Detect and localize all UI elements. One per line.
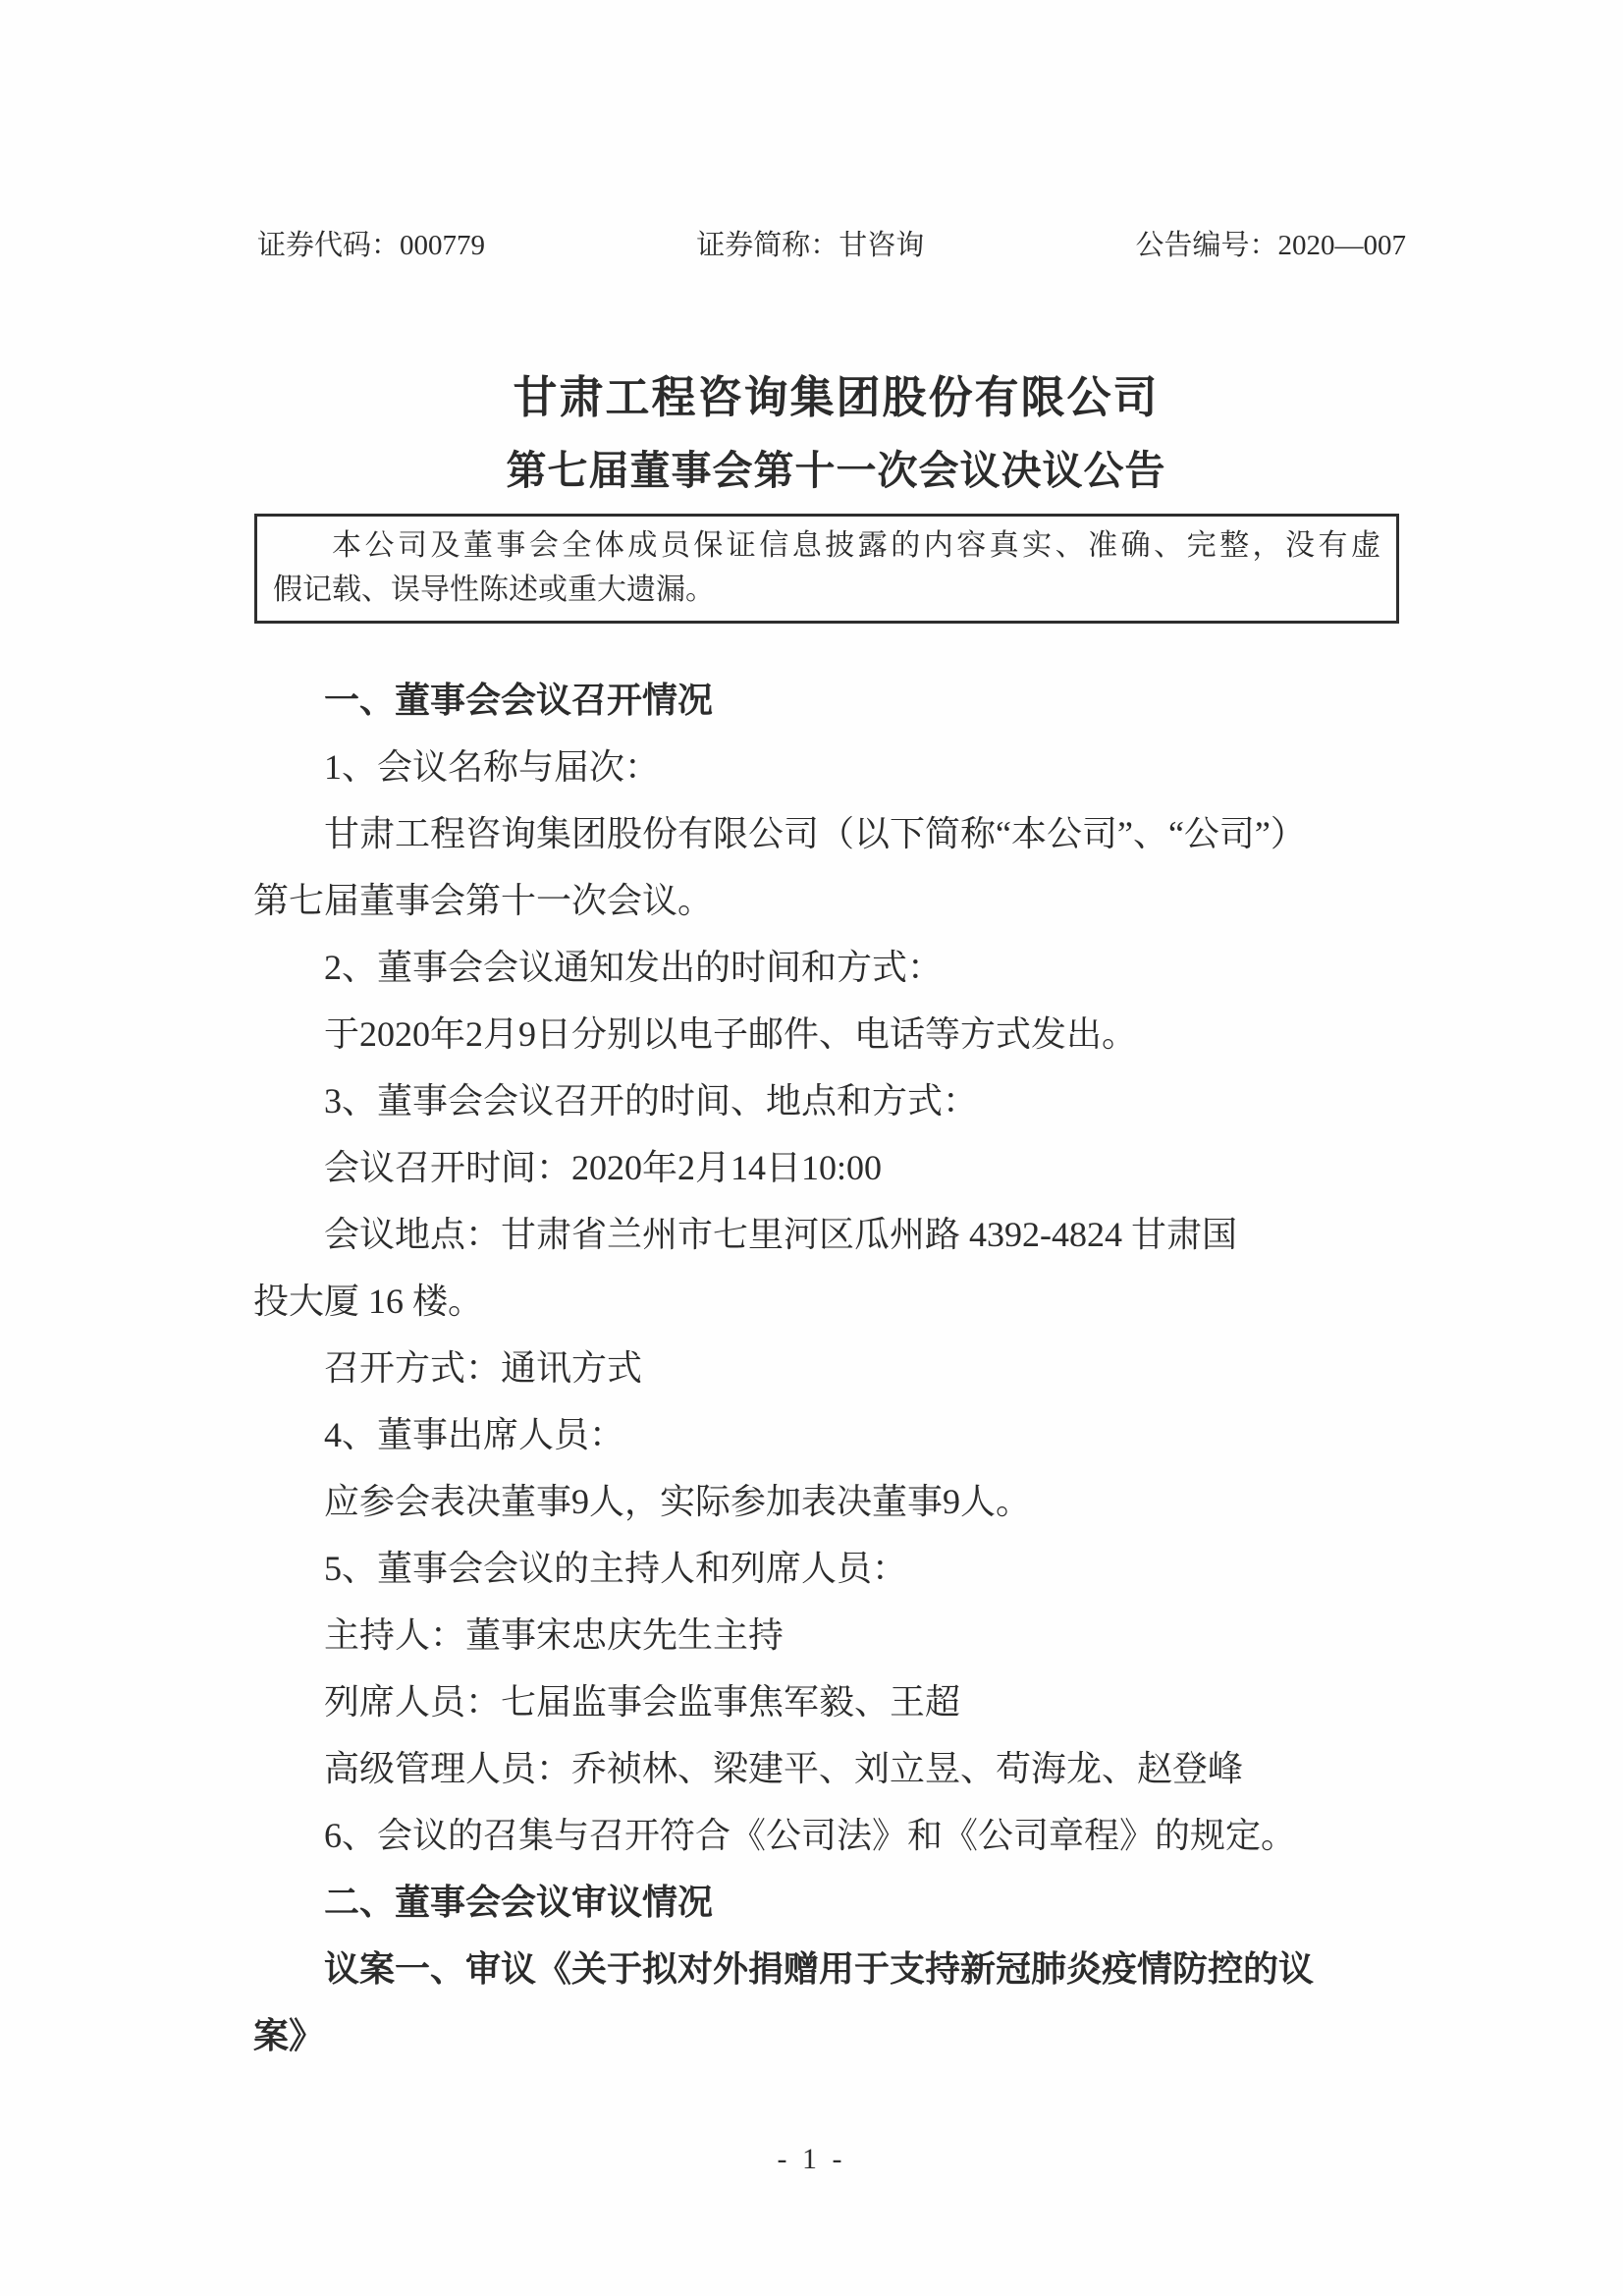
document-line: 于2020年2月9日分别以电子邮件、电话等方式发出。 [253,998,1430,1065]
proposal-title-line: 议案一、审议《关于拟对外捐赠用于支持新冠肺炎疫情防控的议 [253,1933,1430,1999]
company-name-title: 甘肃工程咨询集团股份有限公司 [0,361,1623,425]
document-line: 召开方式：通讯方式 [253,1332,1430,1398]
document-line: 4、董事出席人员： [253,1398,1430,1465]
document-line: 会议召开时间：2020年2月14日10:00 [253,1131,1430,1198]
proposal-title-line: 案》 [253,1999,1430,2066]
document-line: 甘肃工程咨询集团股份有限公司（以下简称“本公司”、“公司”） [253,797,1430,864]
document-line: 3、董事会会议召开的时间、地点和方式： [253,1065,1430,1131]
announcement-title: 第七届董事会第十一次会议决议公告 [0,438,1623,496]
notice-line: 假记载、误导性陈述或重大遗漏。 [273,568,1380,612]
disclosure-notice-box: 本公司及董事会全体成员保证信息披露的内容真实、准确、完整，没有虚 假记载、误导性… [254,514,1399,624]
document-line: 1、会议名称与届次： [253,731,1430,797]
document-line: 高级管理人员：乔祯林、梁建平、刘立昱、苟海龙、赵登峰 [253,1732,1430,1799]
document-line: 应参会表决董事9人，实际参加表决董事9人。 [253,1465,1430,1532]
section-heading: 二、董事会会议审议情况 [253,1866,1430,1933]
document-body: 一、董事会会议召开情况 1、会议名称与届次： 甘肃工程咨询集团股份有限公司（以下… [253,664,1430,2066]
stock-code: 证券代码：000779 [257,226,485,265]
document-line: 主持人：董事宋忠庆先生主持 [253,1599,1430,1666]
document-line: 5、董事会会议的主持人和列席人员： [253,1532,1430,1599]
notice-line: 本公司及董事会全体成员保证信息披露的内容真实、准确、完整，没有虚 [273,523,1380,568]
announcement-number: 公告编号：2020—007 [1135,226,1406,265]
document-line: 6、会议的召集与召开符合《公司法》和《公司章程》的规定。 [253,1799,1430,1866]
document-line: 2、董事会会议通知发出的时间和方式： [253,931,1430,998]
document-line: 投大厦 16 楼。 [253,1265,1430,1332]
document-line: 会议地点：甘肃省兰州市七里河区瓜州路 4392-4824 甘肃国 [253,1198,1430,1265]
stock-abbreviation: 证券简称：甘咨询 [696,226,924,265]
document-header: 证券代码：000779 证券简称：甘咨询 公告编号：2020—007 [257,226,1406,265]
section-heading: 一、董事会会议召开情况 [253,664,1430,731]
page-number: - 1 - [0,2143,1623,2176]
document-line: 第七届董事会第十一次会议。 [253,864,1430,931]
document-line: 列席人员：七届监事会监事焦军毅、王超 [253,1666,1430,1732]
document-page: 证券代码：000779 证券简称：甘咨询 公告编号：2020—007 甘肃工程咨… [0,0,1623,2296]
